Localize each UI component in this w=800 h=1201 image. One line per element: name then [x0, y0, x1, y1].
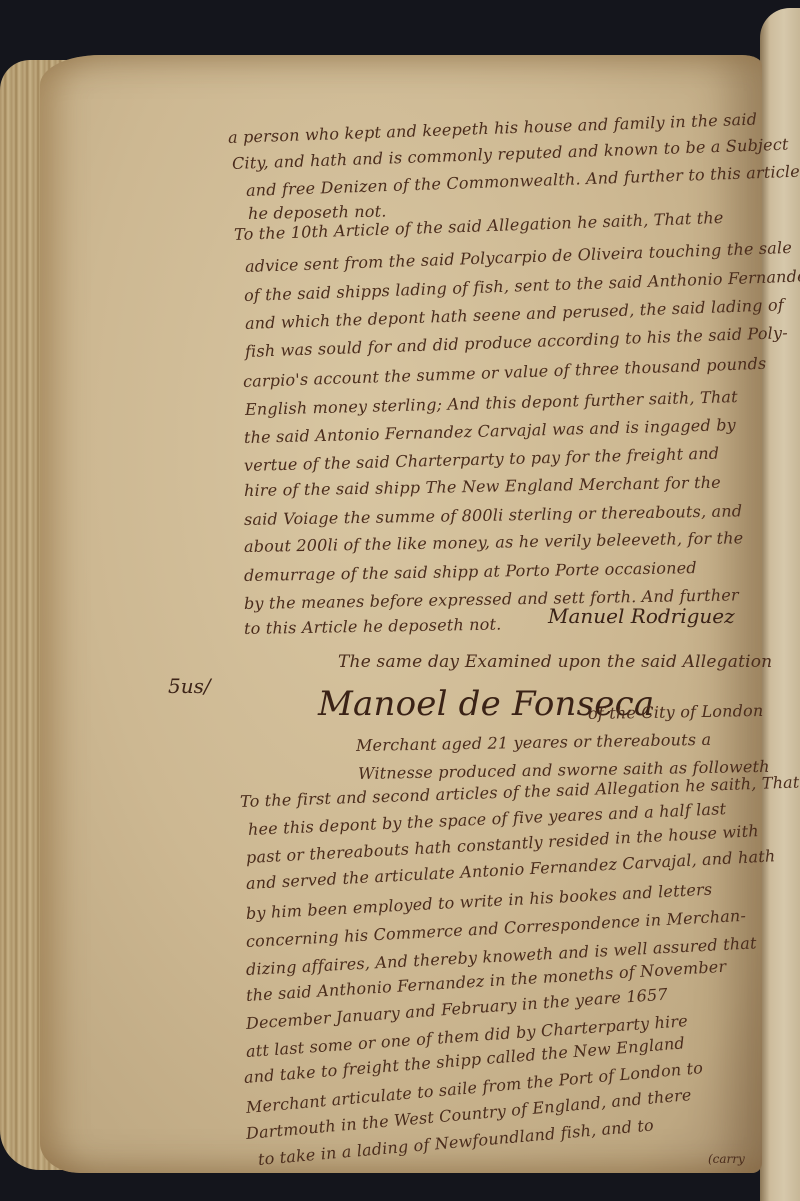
text-line: to this Article he deposeth not. — [244, 615, 502, 638]
catchword: (carry — [708, 1152, 745, 1166]
text-line: said Voiage the summe of 800li sterling … — [244, 501, 743, 529]
signature: Manuel Rodriguez — [548, 604, 735, 628]
witness-desc: of the City of London — [588, 701, 764, 723]
examination-intro: The same day Examined upon the said Alle… — [338, 652, 772, 672]
text-line: carpio's account the summe or value of t… — [243, 354, 767, 391]
witness-desc: Merchant aged 21 yeares or thereabouts a — [356, 730, 712, 755]
text-line: demurrage of the said shipp at Porto Por… — [244, 558, 697, 585]
text-line: vertue of the said Charterparty to pay f… — [244, 444, 720, 475]
text-line: about 200li of the like money, as he ver… — [244, 528, 744, 556]
margin-note: 5us/ — [168, 674, 211, 698]
text-line: English money sterling; And this depont … — [245, 387, 738, 419]
text-line: hire of the said shipp The New England M… — [244, 473, 721, 500]
manuscript-text: a person who kept and keepeth his house … — [0, 0, 800, 1201]
text-line: the said Antonio Fernandez Carvajal was … — [244, 415, 736, 447]
